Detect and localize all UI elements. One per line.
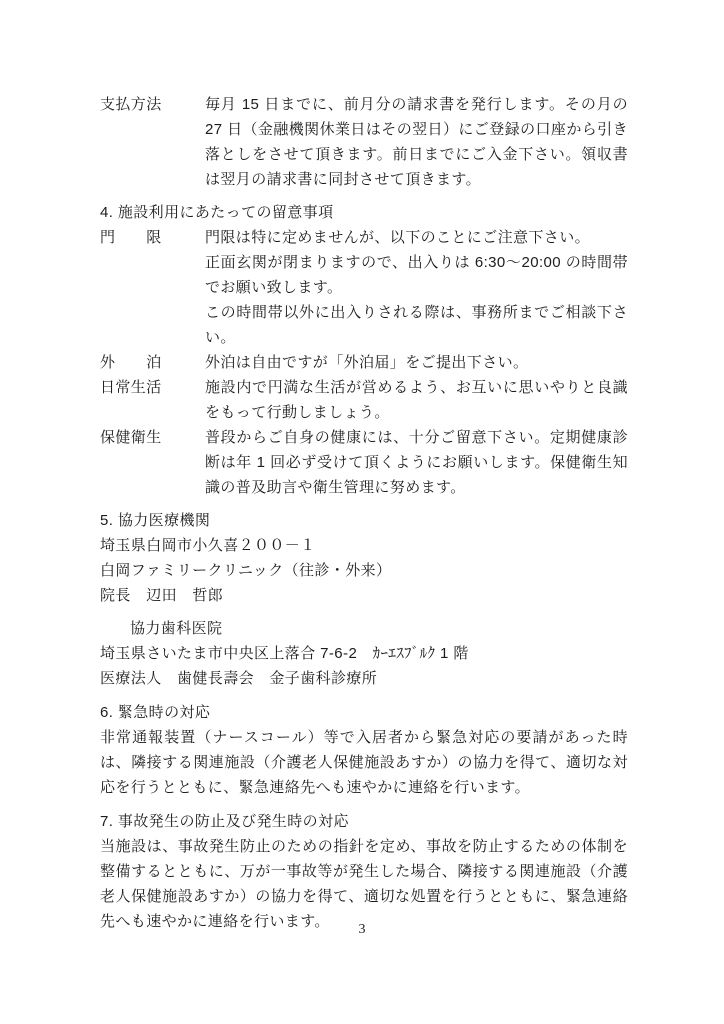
section-7-heading: 7. 事故発生の防止及び発生時の対応 — [100, 809, 628, 834]
document-page: 支払方法 毎月 15 日までに、前月分の請求書を発行します。その月の 27 日（… — [0, 0, 724, 1024]
blank-line-spacer — [100, 608, 628, 616]
health-hygiene-row: 保健衛生 普段からご自身の健康には、十分ご留意下さい。定期健康診断は年 1 回必… — [100, 425, 628, 500]
section-5-heading: 5. 協力医療機関 — [100, 508, 628, 533]
dental-address-line: 埼玉県さいたま市中央区上落合 7-6-2 ｶｰｴｽﾌﾞﾙｸ 1 階 — [100, 641, 628, 666]
clinic-address-line: 埼玉県白岡市小久喜２００－１ — [100, 533, 628, 558]
curfew-row: 門 限 門限は特に定めませんが、以下のことにご注意下さい。 正面玄関が閉まります… — [100, 225, 628, 350]
overnight-stay-label: 外 泊 — [100, 350, 205, 375]
section-spacer — [100, 691, 628, 700]
emergency-response-text: 非常通報装置（ナースコール）等で入居者から緊急対応の要請があった時は、隣接する関… — [100, 725, 628, 800]
daily-life-label: 日常生活 — [100, 375, 205, 400]
section-6-heading: 6. 緊急時の対応 — [100, 700, 628, 725]
payment-method-label: 支払方法 — [100, 92, 205, 117]
dental-name-line: 医療法人 歯健長壽会 金子歯科診療所 — [100, 666, 628, 691]
payment-method-row: 支払方法 毎月 15 日までに、前月分の請求書を発行します。その月の 27 日（… — [100, 92, 628, 192]
health-hygiene-label: 保健衛生 — [100, 425, 205, 450]
health-hygiene-text: 普段からご自身の健康には、十分ご留意下さい。定期健康診断は年 1 回必ず受けて頂… — [205, 425, 628, 500]
document-body: 支払方法 毎月 15 日までに、前月分の請求書を発行します。その月の 27 日（… — [100, 92, 628, 934]
dental-clinic-heading: 協力歯科医院 — [100, 616, 628, 641]
curfew-label: 門 限 — [100, 225, 205, 250]
clinic-director-line: 院長 辺田 哲郎 — [100, 583, 628, 608]
curfew-text: 門限は特に定めませんが、以下のことにご注意下さい。 正面玄関が閉まりますので、出… — [205, 225, 628, 350]
daily-life-row: 日常生活 施設内で円満な生活が営めるよう、お互いに思いやりと良識をもって行動しま… — [100, 375, 628, 425]
paragraph: 施設内で円満な生活が営めるよう、お互いに思いやりと良識をもって行動しましょう。 — [205, 375, 628, 425]
overnight-stay-row: 外 泊 外泊は自由ですが「外泊届」をご提出下さい。 — [100, 350, 628, 375]
paragraph: この時間帯以外に出入りされる際は、事務所までご相談下さい。 — [205, 300, 628, 350]
overnight-stay-text: 外泊は自由ですが「外泊届」をご提出下さい。 — [205, 350, 628, 375]
section-spacer — [100, 500, 628, 508]
section-spacer — [100, 800, 628, 809]
accident-prevention-text: 当施設は、事故発生防止のための指針を定め、事故を防止するための体制を整備するとと… — [100, 834, 628, 934]
paragraph: 外泊は自由ですが「外泊届」をご提出下さい。 — [205, 350, 628, 375]
payment-method-text: 毎月 15 日までに、前月分の請求書を発行します。その月の 27 日（金融機関休… — [205, 92, 628, 192]
section-4-heading: 4. 施設利用にあたっての留意事項 — [100, 200, 628, 225]
paragraph: 普段からご自身の健康には、十分ご留意下さい。定期健康診断は年 1 回必ず受けて頂… — [205, 425, 628, 500]
paragraph: 正面玄関が閉まりますので、出入りは 6:30～20:00 の時間帯でお願い致しま… — [205, 250, 628, 300]
clinic-name-line: 白岡ファミリークリニック（往診・外来） — [100, 558, 628, 583]
daily-life-text: 施設内で円満な生活が営めるよう、お互いに思いやりと良識をもって行動しましょう。 — [205, 375, 628, 425]
section-spacer — [100, 192, 628, 200]
page-number: 3 — [0, 922, 724, 938]
paragraph: 門限は特に定めませんが、以下のことにご注意下さい。 — [205, 225, 628, 250]
